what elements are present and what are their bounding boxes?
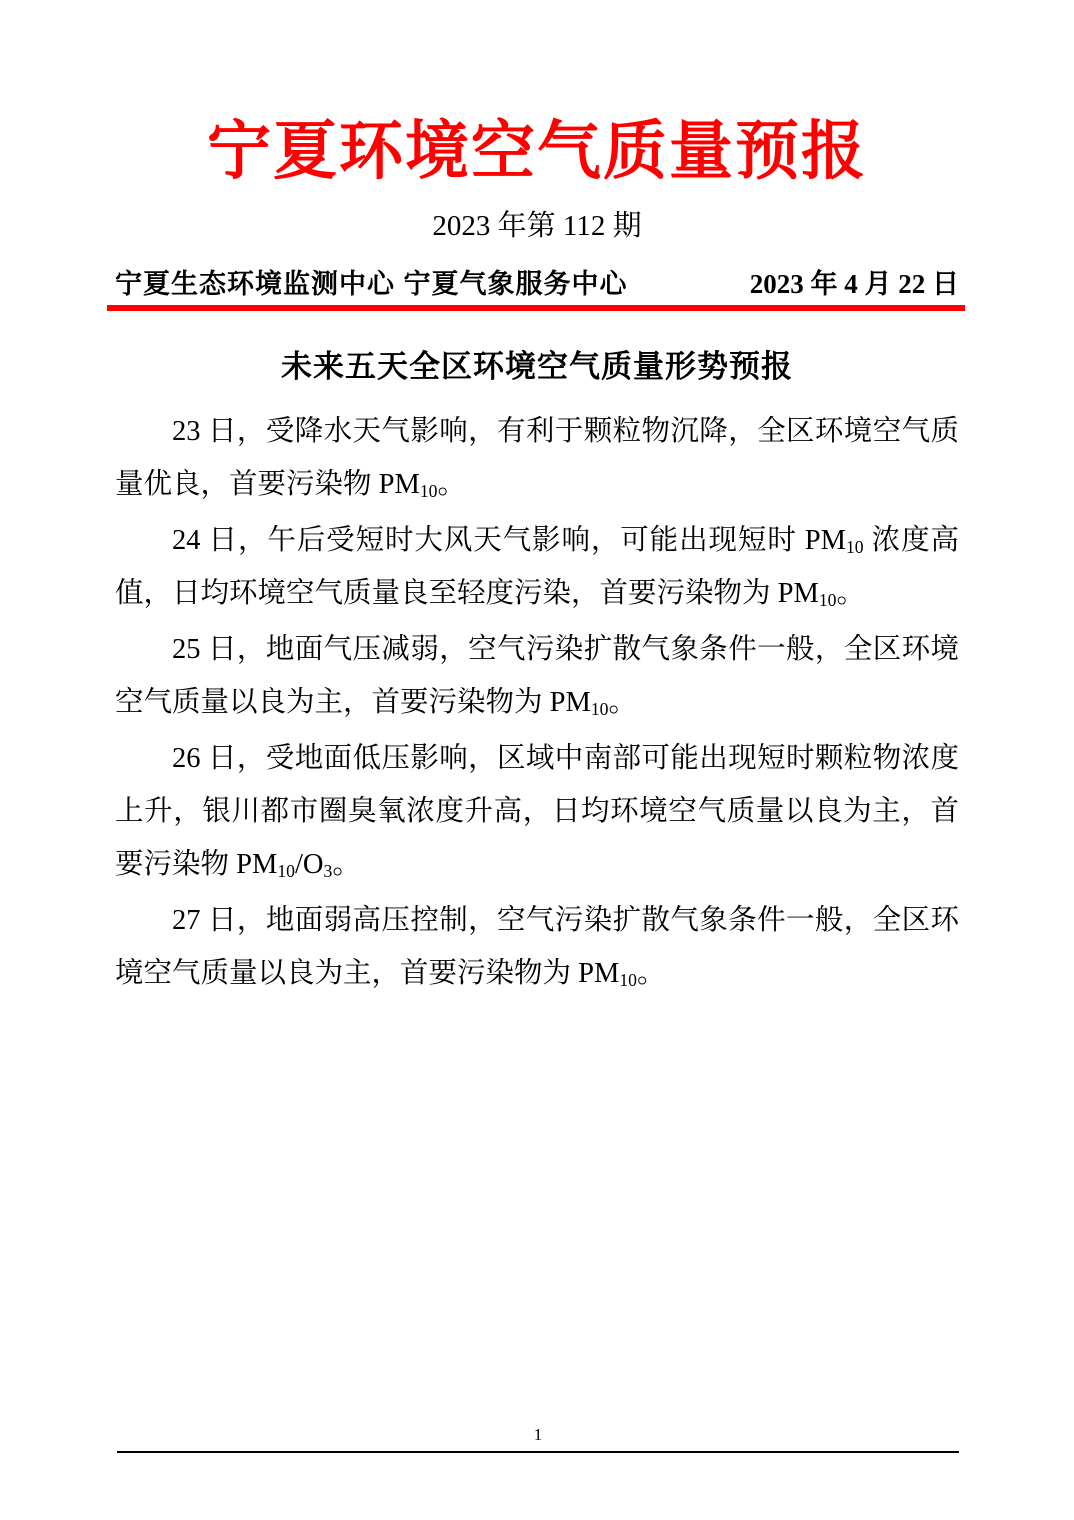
forecast-paragraphs: 23 日，受降水天气影响，有利于颗粒物沉降，全区环境空气质量优良，首要污染物 P… — [115, 405, 959, 1000]
page-number: 1 — [534, 1425, 543, 1444]
document-page: 宁夏环境空气质量预报 2023 年第 112 期 宁夏生态环境监测中心 宁夏气象… — [0, 0, 1074, 1520]
body-paragraph: 24 日，午后受短时大风天气影响，可能出现短时 PM10 浓度高值，日均环境空气… — [115, 514, 959, 620]
issue-number: 2023 年第 112 期 — [115, 208, 959, 244]
document-content: 宁夏环境空气质量预报 2023 年第 112 期 宁夏生态环境监测中心 宁夏气象… — [115, 0, 959, 1003]
issue-date: 2023 年 4 月 22 日 — [750, 268, 959, 300]
page-footer: 1 — [117, 1424, 959, 1446]
footer-rule — [117, 1451, 959, 1453]
body-paragraph: 25 日，地面气压减弱，空气污染扩散气象条件一般，全区环境空气质量以良为主，首要… — [115, 623, 959, 729]
red-divider-rule — [107, 305, 965, 311]
body-paragraph: 23 日，受降水天气影响，有利于颗粒物沉降，全区环境空气质量优良，首要污染物 P… — [115, 405, 959, 511]
body-paragraph: 27 日，地面弱高压控制，空气污染扩散气象条件一般，全区环境空气质量以良为主，首… — [115, 894, 959, 1000]
masthead-row: 宁夏生态环境监测中心 宁夏气象服务中心 2023 年 4 月 22 日 — [115, 268, 959, 305]
issuing-agencies: 宁夏生态环境监测中心 宁夏气象服务中心 — [115, 268, 628, 300]
section-title: 未来五天全区环境空气质量形势预报 — [115, 347, 959, 387]
body-paragraph: 26 日，受地面低压影响，区域中南部可能出现短时颗粒物浓度上升，银川都市圈臭氧浓… — [115, 732, 959, 891]
document-title: 宁夏环境空气质量预报 — [115, 116, 959, 188]
